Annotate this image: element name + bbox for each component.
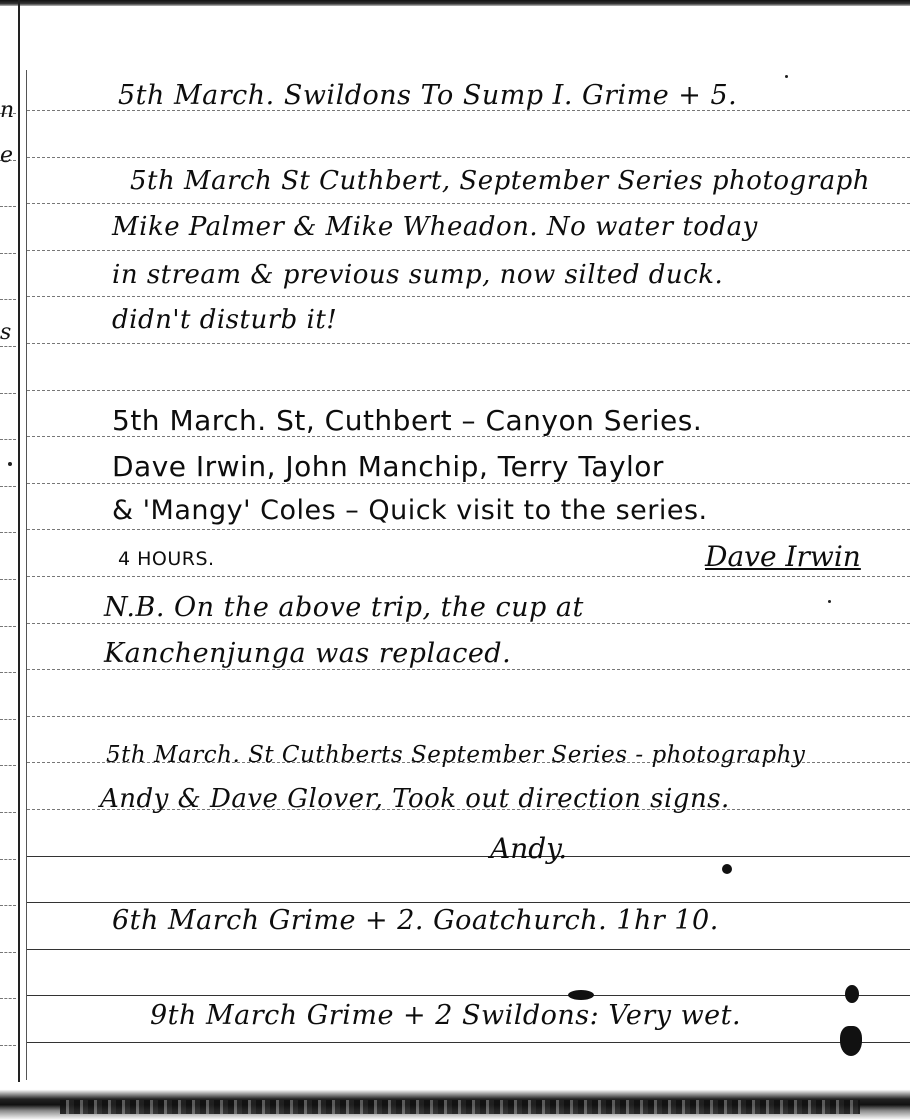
entry-3-line-1: 5th March. St, Cuthbert – Canyon Series. bbox=[112, 404, 702, 437]
ruled-line bbox=[27, 902, 910, 903]
entry-2-line-4: didn't disturb it! bbox=[112, 305, 337, 335]
margin-fragment: n bbox=[0, 98, 14, 123]
ruled-line bbox=[27, 157, 910, 158]
margin-tick bbox=[0, 719, 16, 720]
ink-blot bbox=[845, 985, 859, 1003]
entry-6-line-1: 6th March Grime + 2. Goatchurch. 1hr 10. bbox=[112, 905, 719, 936]
ruled-line bbox=[27, 1042, 910, 1043]
entry-4-line-2: Kanchenjunga was replaced. bbox=[104, 638, 511, 669]
ruled-line bbox=[27, 390, 910, 391]
entry-2-line-2: Mike Palmer & Mike Wheadon. No water tod… bbox=[112, 212, 758, 242]
margin-line bbox=[18, 0, 20, 1100]
entry-5-signature: Andy. bbox=[490, 832, 567, 865]
ink-blot bbox=[840, 1026, 862, 1056]
margin-fragment: s bbox=[0, 320, 11, 345]
page-bottom-shadow bbox=[60, 1100, 860, 1114]
entry-5-line-1: 5th March. St Cuthberts September Series… bbox=[106, 742, 805, 768]
entry-2-line-3: in stream & previous sump, now silted du… bbox=[112, 260, 723, 290]
ruled-line bbox=[27, 343, 910, 344]
ruled-line bbox=[27, 483, 910, 484]
margin-tick bbox=[0, 346, 16, 347]
logbook-page: n e s 5th March. Swildons To Sump I. Gri… bbox=[0, 0, 910, 1120]
margin-tick bbox=[0, 626, 16, 627]
page-top-edge bbox=[0, 0, 910, 6]
ruled-line bbox=[27, 203, 910, 204]
margin-tick bbox=[0, 905, 16, 906]
speck bbox=[828, 600, 831, 603]
ruled-line bbox=[27, 949, 910, 950]
ruled-line bbox=[27, 995, 910, 996]
margin-tick bbox=[0, 765, 16, 766]
margin-tick bbox=[0, 253, 16, 254]
margin-tick bbox=[0, 998, 16, 999]
ruled-line bbox=[27, 716, 910, 717]
entry-7-line-1: 9th March Grime + 2 Swildons: Very wet. bbox=[150, 1000, 741, 1031]
margin-tick bbox=[0, 1045, 16, 1046]
margin-tick bbox=[0, 532, 16, 533]
margin-line-inner bbox=[26, 70, 27, 1080]
ruled-line bbox=[27, 669, 910, 670]
entry-1-line-1: 5th March. Swildons To Sump I. Grime + 5… bbox=[118, 80, 737, 111]
margin-tick bbox=[0, 393, 16, 394]
entry-2-line-1: 5th March St Cuthbert, September Series … bbox=[130, 166, 870, 196]
margin-tick bbox=[0, 206, 16, 207]
entry-5-line-2: Andy & Dave Glover, Took out direction s… bbox=[100, 784, 730, 814]
ruled-line bbox=[27, 250, 910, 251]
margin-fragment: e bbox=[0, 143, 13, 168]
margin-tick bbox=[0, 859, 16, 860]
margin-tick bbox=[0, 486, 16, 487]
ink-blot bbox=[568, 990, 594, 1000]
speck bbox=[785, 75, 788, 78]
entry-3-signature: Dave Irwin bbox=[705, 540, 861, 573]
ruled-line bbox=[27, 576, 910, 577]
ruled-line bbox=[27, 856, 910, 857]
margin-tick bbox=[0, 812, 16, 813]
entry-3-line-4: 4 HOURS. bbox=[118, 548, 215, 570]
margin-tick bbox=[0, 579, 16, 580]
ruled-line bbox=[27, 623, 910, 624]
margin-tick bbox=[0, 439, 16, 440]
ruled-line bbox=[27, 529, 910, 530]
entry-3-line-2: Dave Irwin, John Manchip, Terry Taylor bbox=[112, 450, 664, 483]
ink-dot bbox=[722, 864, 732, 874]
margin-tick bbox=[0, 672, 16, 673]
speck bbox=[8, 462, 12, 466]
entry-4-line-1: N.B. On the above trip, the cup at bbox=[104, 592, 584, 623]
margin-tick bbox=[0, 952, 16, 953]
ruled-line bbox=[27, 296, 910, 297]
entry-3-line-3: & 'Mangy' Coles – Quick visit to the ser… bbox=[112, 495, 708, 526]
margin-tick bbox=[0, 299, 16, 300]
